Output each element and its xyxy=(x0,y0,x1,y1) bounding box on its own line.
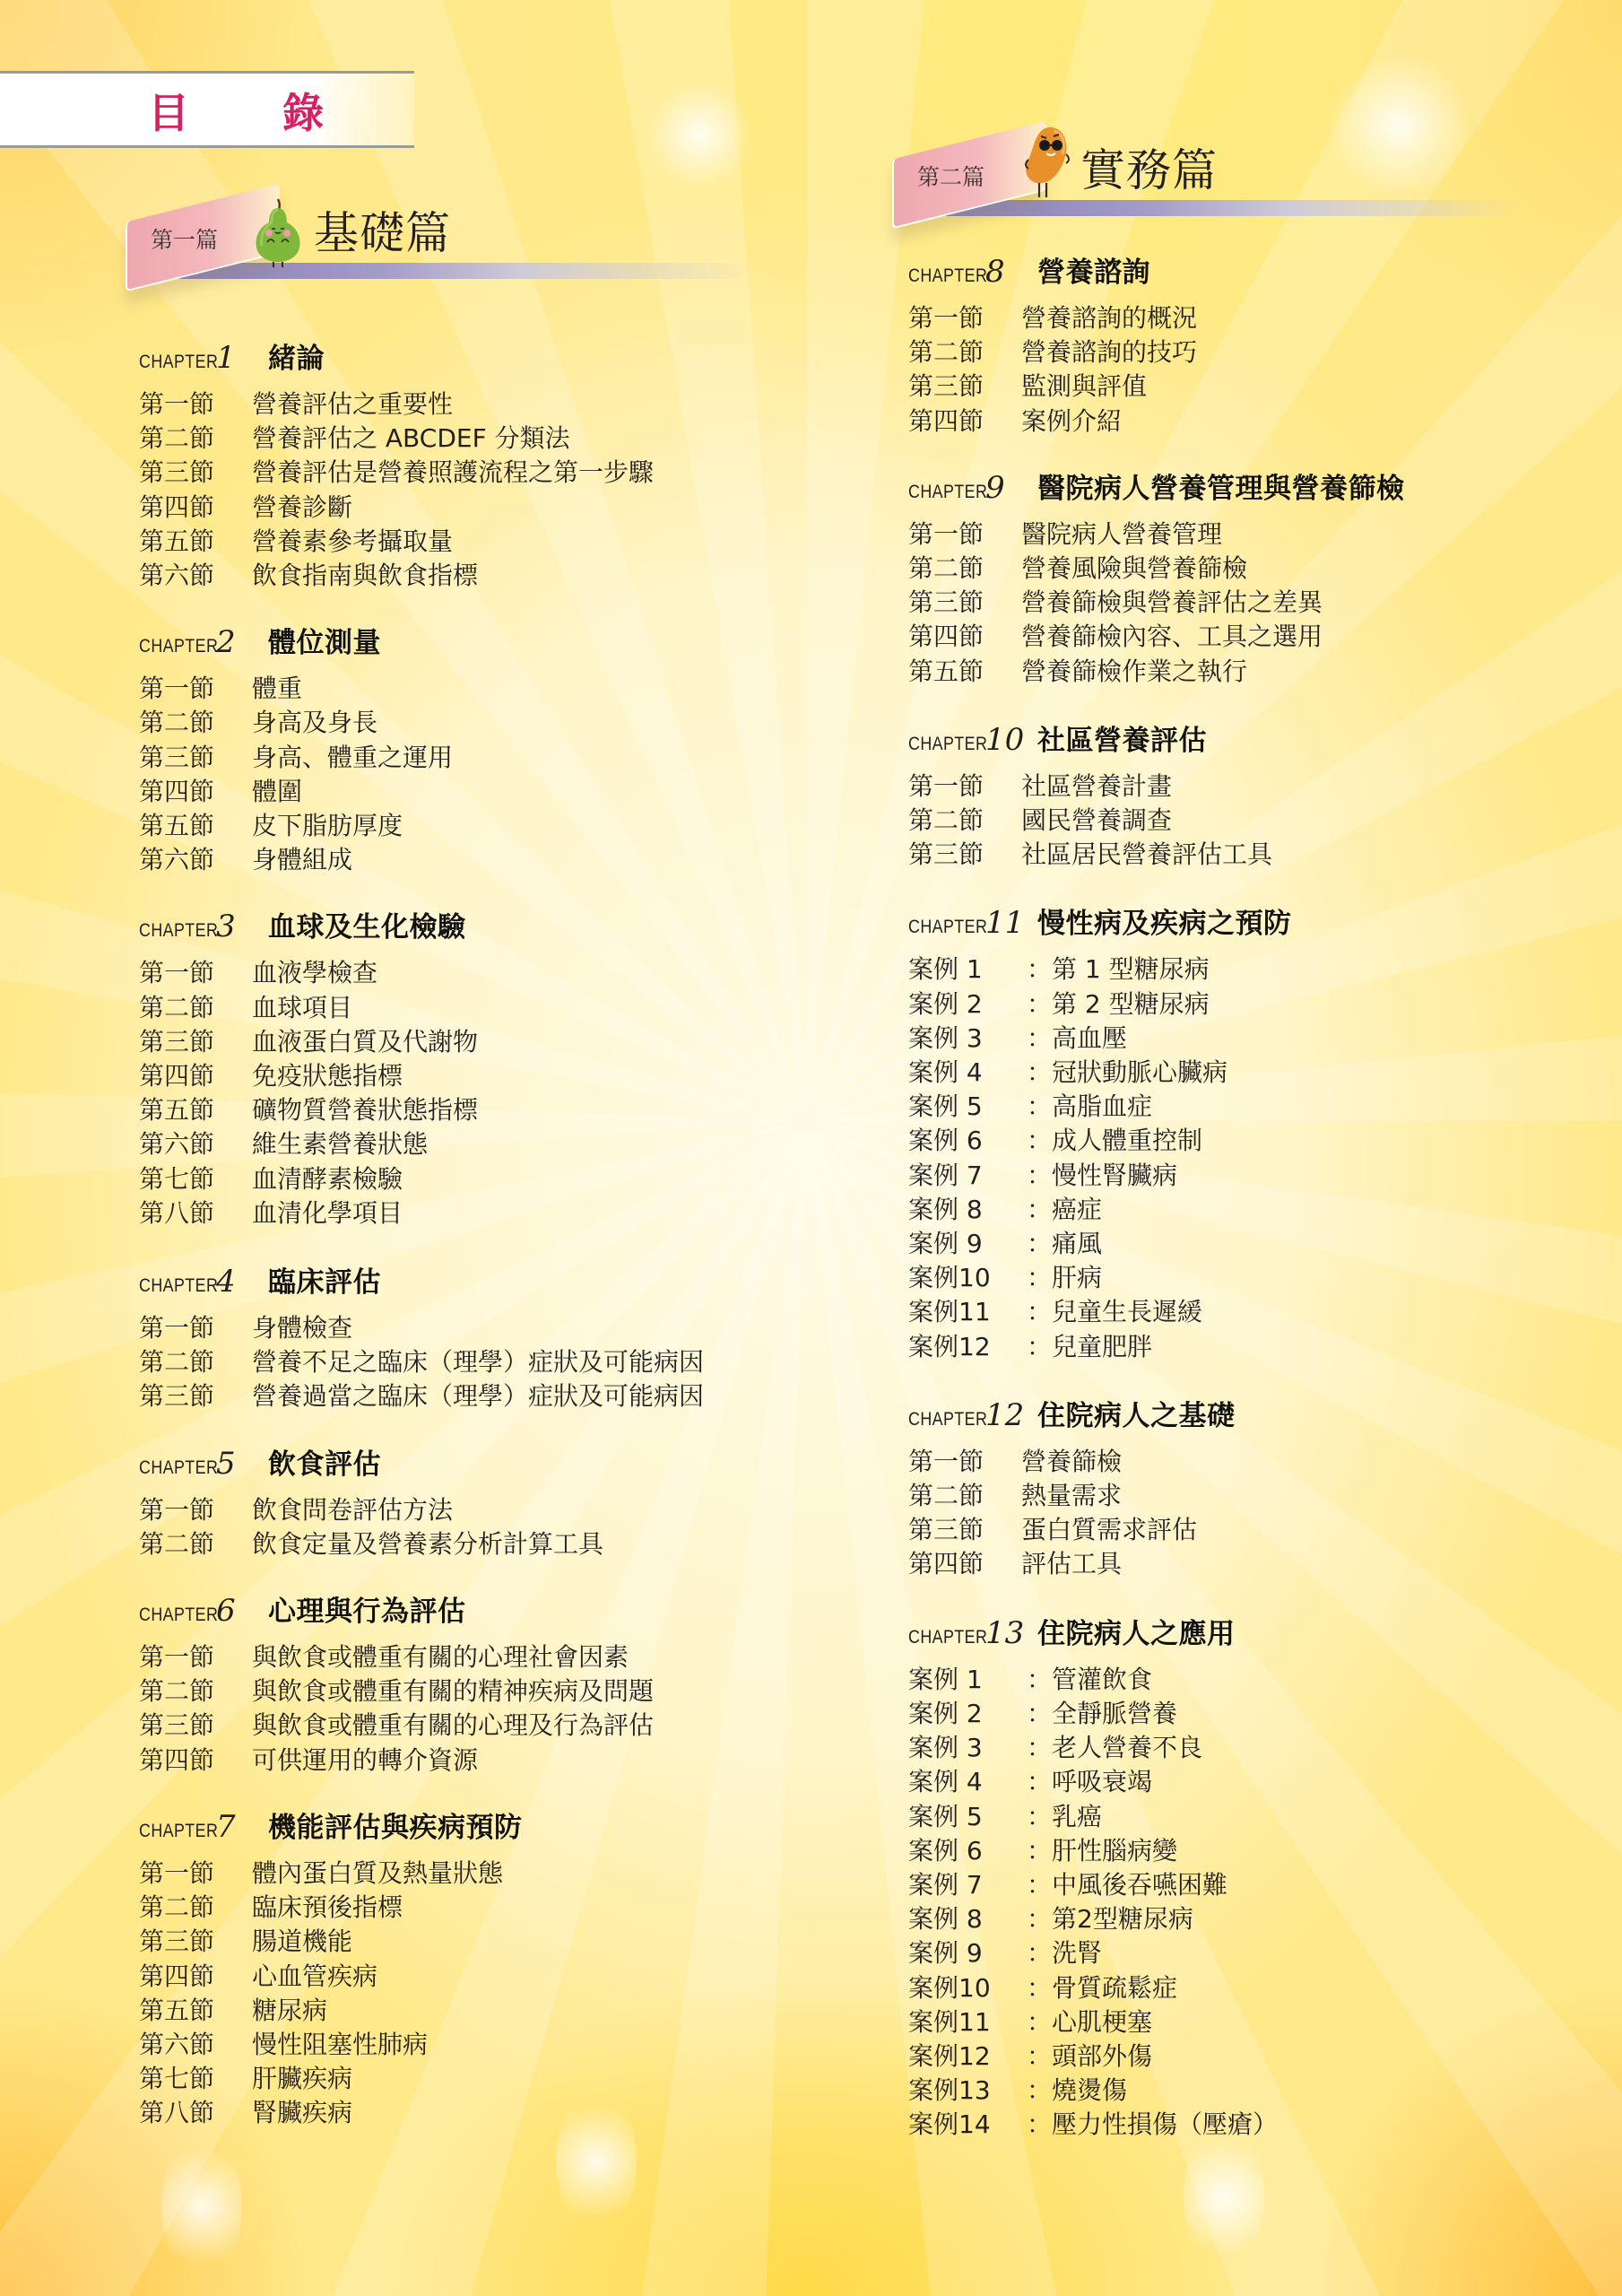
section-number: 案例11 xyxy=(908,2005,1027,2039)
section-title: 營養篩檢與營養評估之差異 xyxy=(1021,586,1323,620)
section-title: 營養評估是營養照護流程之第一步驟 xyxy=(252,456,654,490)
section-item[interactable]: 第二節 身高及身長 xyxy=(139,706,820,740)
section-number: 第一節 xyxy=(908,301,1021,335)
section-title: ：第 1 型糖尿病 xyxy=(1027,952,1210,987)
section-item[interactable]: 第四節 體圍 xyxy=(139,775,820,809)
chapter-heading[interactable]: CHAPTER 2 體位測量 xyxy=(139,620,820,661)
chapter-entry[interactable]: CHAPTER 12 住院病人之基礎 第一節 營養篩檢 第二節 熱量需求 第三節… xyxy=(908,1393,1590,1582)
section-item[interactable]: 第一節 飲食問卷評估方法 xyxy=(139,1493,820,1527)
background-glow xyxy=(1184,2126,1264,2269)
chapter-number: 12 xyxy=(985,1397,1037,1433)
chapter-entry[interactable]: CHAPTER 4 臨床評估 第一節 身體檢查 第二節 營養不足之臨床（理學）症… xyxy=(139,1259,820,1414)
section-title: 血清酵素檢驗 xyxy=(252,1162,403,1196)
section-list: 第一節 體重 第二節 身高及身長 第三節 身高、體重之運用 第四節 體圍 第五節… xyxy=(139,672,820,877)
chapter-title: 住院病人之基礎 xyxy=(1037,1393,1236,1433)
chapter-label: CHAPTER xyxy=(908,734,974,755)
section-item[interactable]: 第三節 社區居民營養評估工具 xyxy=(908,838,1590,872)
chapter-title: 住院病人之應用 xyxy=(1037,1611,1236,1651)
chapter-title: 緒論 xyxy=(268,335,325,376)
section-item[interactable]: 第七節 肝臟疾病 xyxy=(139,2062,820,2096)
chapter-label: CHAPTER xyxy=(139,636,204,657)
section-number: 第三節 xyxy=(908,1513,1021,1547)
section-item[interactable]: 第二節 飲食定量及營養素分析計算工具 xyxy=(139,1527,820,1561)
section-item[interactable]: 第六節 維生素營養狀態 xyxy=(139,1127,820,1161)
page-title: 目 錄 xyxy=(148,81,363,140)
section-number: 第四節 xyxy=(139,1960,252,1994)
section-number: 第一節 xyxy=(139,1640,252,1674)
section-item[interactable]: 案例 8 ：癌症 xyxy=(908,1193,1590,1227)
section-title: ：第2型糖尿病 xyxy=(1027,1902,1193,1936)
section-item[interactable]: 第一節 營養評估之重要性 xyxy=(139,387,820,422)
section-number: 第五節 xyxy=(139,809,252,843)
section-item[interactable]: 第四節 營養診斷 xyxy=(139,491,820,525)
section-item[interactable]: 第五節 礦物質營養狀態指標 xyxy=(139,1093,820,1127)
section-title: 血清化學項目 xyxy=(252,1196,403,1231)
section-item[interactable]: 案例 4 ：冠狀動脈心臟病 xyxy=(908,1056,1590,1090)
section-number: 第二節 xyxy=(908,1479,1021,1513)
section-number: 案例10 xyxy=(908,1261,1027,1295)
section-item[interactable]: 第三節 營養篩檢與營養評估之差異 xyxy=(908,586,1590,620)
chapter-label: CHAPTER xyxy=(139,1821,204,1842)
section-item[interactable]: 第六節 慢性阻塞性肺病 xyxy=(139,2028,820,2062)
section-item[interactable]: 案例11 ：兒童生長遲緩 xyxy=(908,1295,1590,1329)
section-title: ：肝性腦病變 xyxy=(1027,1834,1177,1868)
section-title: 熱量需求 xyxy=(1021,1479,1122,1513)
chapter-number: 2 xyxy=(216,624,268,660)
section-title: 身體檢查 xyxy=(252,1311,352,1345)
section-number: 第二節 xyxy=(908,335,1021,370)
section-title: ：呼吸衰竭 xyxy=(1027,1765,1152,1799)
section-title: 社區居民營養評估工具 xyxy=(1021,838,1272,872)
chapter-entry[interactable]: CHAPTER 1 緒論 第一節 營養評估之重要性 第二節 營養評估之 ABCD… xyxy=(139,335,820,593)
part-title: 基礎篇 xyxy=(314,197,451,262)
chapter-entry[interactable]: CHAPTER 8 營養諮詢 第一節 營養諮詢的概況 第二節 營養諮詢的技巧 第… xyxy=(908,249,1590,439)
section-number: 第一節 xyxy=(908,770,1021,804)
section-title: 維生素營養狀態 xyxy=(252,1127,428,1161)
chapter-title: 社區營養評估 xyxy=(1037,717,1207,758)
section-title: 與飲食或體重有關的心理及行為評估 xyxy=(252,1709,654,1743)
chapter-label: CHAPTER xyxy=(908,482,974,503)
chapter-heading[interactable]: CHAPTER 3 血球及生化檢驗 xyxy=(139,904,820,945)
section-title: 案例介紹 xyxy=(1021,404,1122,439)
section-list: 第一節 血液學檢查 第二節 血球項目 第三節 血液蛋白質及代謝物 第四節 免疫狀… xyxy=(139,956,820,1231)
section-title: ：高血壓 xyxy=(1027,1022,1127,1056)
section-number: 案例 6 xyxy=(908,1834,1027,1868)
section-item[interactable]: 第一節 營養篩檢 xyxy=(908,1445,1590,1479)
chapter-title: 營養諮詢 xyxy=(1037,249,1150,290)
section-item[interactable]: 第二節 國民營養調查 xyxy=(908,804,1590,838)
section-title: 社區營養計畫 xyxy=(1021,770,1172,804)
chapter-number: 5 xyxy=(216,1446,268,1482)
section-item[interactable]: 第四節 評估工具 xyxy=(908,1547,1590,1581)
chapter-label: CHAPTER xyxy=(139,1457,204,1479)
section-title: 營養不足之臨床（理學）症狀及可能病因 xyxy=(252,1345,704,1379)
section-number: 第二節 xyxy=(139,991,252,1025)
chapter-title: 心理與行為評估 xyxy=(268,1588,466,1629)
section-item[interactable]: 第五節 營養素參考攝取量 xyxy=(139,525,820,559)
section-number: 第二節 xyxy=(139,1674,252,1709)
chapter-entry[interactable]: CHAPTER 9 醫院病人營養管理與營養篩檢 第一節 醫院病人營養管理 第二節… xyxy=(908,465,1590,689)
section-number: 第三節 xyxy=(139,1925,252,1959)
section-title: 體重 xyxy=(252,672,302,706)
chapter-entry[interactable]: CHAPTER 10 社區營養評估 第一節 社區營養計畫 第二節 國民營養調查 … xyxy=(908,717,1590,873)
section-item[interactable]: 第一節 營養諮詢的概況 xyxy=(908,301,1590,335)
section-item[interactable]: 第三節 營養評估是營養照護流程之第一步驟 xyxy=(139,456,820,490)
section-item[interactable]: 案例11 ：心肌梗塞 xyxy=(908,2005,1590,2039)
chapter-number: 6 xyxy=(216,1593,268,1629)
section-item[interactable]: 第二節 營養諮詢的技巧 xyxy=(908,335,1590,370)
section-title: 身體組成 xyxy=(252,843,352,877)
section-title: 營養諮詢的概況 xyxy=(1021,301,1197,335)
section-title: 營養診斷 xyxy=(252,491,352,525)
section-number: 案例12 xyxy=(908,1330,1027,1364)
chapter-heading[interactable]: CHAPTER 8 營養諮詢 xyxy=(908,249,1590,291)
section-item[interactable]: 案例 1 ：第 1 型糖尿病 xyxy=(908,952,1590,987)
toc-left-column: CHAPTER 1 緒論 第一節 營養評估之重要性 第二節 營養評估之 ABCD… xyxy=(139,335,820,2131)
section-title: 肝臟疾病 xyxy=(252,2062,352,2096)
section-number: 第一節 xyxy=(908,1445,1021,1479)
section-number: 案例 5 xyxy=(908,1800,1027,1834)
section-number: 第二節 xyxy=(908,552,1021,586)
section-item[interactable]: 案例 5 ：高脂血症 xyxy=(908,1090,1590,1124)
section-item[interactable]: 第二節 臨床預後指標 xyxy=(139,1891,820,1925)
section-title: ：燒燙傷 xyxy=(1027,2074,1127,2108)
section-number: 案例 8 xyxy=(908,1902,1027,1936)
section-title: 免疫狀態指標 xyxy=(252,1059,403,1093)
chapter-heading[interactable]: CHAPTER 1 緒論 xyxy=(139,335,820,377)
section-number: 第一節 xyxy=(139,387,252,422)
part-header-1: 第一篇 基礎篇 xyxy=(126,179,753,314)
section-list: 第一節 營養評估之重要性 第二節 營養評估之 ABCDEF 分類法 第三節 營養… xyxy=(139,387,820,593)
section-number: 第三節 xyxy=(139,1025,252,1059)
section-number: 第二節 xyxy=(139,1527,252,1561)
section-number: 案例 1 xyxy=(908,1663,1027,1697)
section-number: 第五節 xyxy=(139,1093,252,1127)
section-number: 第四節 xyxy=(908,404,1021,439)
chapter-entry[interactable]: CHAPTER 7 機能評估與疾病預防 第一節 體內蛋白質及熱量狀態 第二節 臨… xyxy=(139,1805,820,2131)
section-item[interactable]: 第一節 血液學檢查 xyxy=(139,956,820,990)
section-number: 第六節 xyxy=(139,1127,252,1161)
chapter-title: 飲食評估 xyxy=(268,1441,381,1482)
section-number: 第三節 xyxy=(908,586,1021,620)
section-item[interactable]: 第六節 飲食指南與飲食指標 xyxy=(139,559,820,593)
section-number: 第三節 xyxy=(139,456,252,490)
chapter-title: 血球及生化檢驗 xyxy=(268,904,466,944)
section-title: 營養過當之臨床（理學）症狀及可能病因 xyxy=(252,1379,704,1413)
chapter-heading[interactable]: CHAPTER 7 機能評估與疾病預防 xyxy=(139,1805,820,1846)
section-list: 第一節 飲食問卷評估方法 第二節 飲食定量及營養素分析計算工具 xyxy=(139,1493,820,1561)
section-item[interactable]: 案例13 ：燒燙傷 xyxy=(908,2074,1590,2108)
pear-mascot-icon xyxy=(251,197,305,267)
chapter-number: 8 xyxy=(985,254,1037,290)
chapter-heading[interactable]: CHAPTER 9 醫院病人營養管理與營養篩檢 xyxy=(908,465,1590,507)
section-item[interactable]: 案例 8 ：第2型糖尿病 xyxy=(908,1902,1590,1936)
section-title: 監測與評值 xyxy=(1021,370,1147,404)
chapter-heading[interactable]: CHAPTER 13 住院病人之應用 xyxy=(908,1611,1590,1652)
section-item[interactable]: 第三節 蛋白質需求評估 xyxy=(908,1513,1590,1547)
section-item[interactable]: 案例 9 ：痛風 xyxy=(908,1227,1590,1261)
section-item[interactable]: 第二節 營養風險與營養篩檢 xyxy=(908,552,1590,586)
chapter-label: CHAPTER xyxy=(908,1627,974,1648)
section-title: 與飲食或體重有關的精神疾病及問題 xyxy=(252,1674,654,1709)
section-list: 第一節 營養諮詢的概況 第二節 營養諮詢的技巧 第三節 監測與評值 第四節 案例… xyxy=(908,301,1590,439)
section-item[interactable]: 案例 7 ：慢性腎臟病 xyxy=(908,1159,1590,1193)
section-number: 案例 3 xyxy=(908,1022,1027,1056)
section-list: 第一節 體內蛋白質及熱量狀態 第二節 臨床預後指標 第三節 腸道機能 第四節 心… xyxy=(139,1857,820,2131)
section-title: 皮下脂肪厚度 xyxy=(252,809,403,843)
section-title: 礦物質營養狀態指標 xyxy=(252,1093,478,1127)
section-number: 案例 9 xyxy=(908,1227,1027,1261)
section-title: 可供運用的轉介資源 xyxy=(252,1744,478,1778)
background-glow xyxy=(646,81,753,188)
section-item[interactable]: 第一節 體重 xyxy=(139,672,820,706)
section-number: 第二節 xyxy=(908,804,1021,838)
section-number: 案例11 xyxy=(908,1295,1027,1329)
section-number: 第八節 xyxy=(139,2096,252,2130)
section-item[interactable]: 第四節 案例介紹 xyxy=(908,404,1590,439)
section-title: 血球項目 xyxy=(252,991,352,1025)
section-number: 案例 6 xyxy=(908,1124,1027,1158)
section-item[interactable]: 第五節 營養篩檢作業之執行 xyxy=(908,655,1590,689)
section-list: 第一節 社區營養計畫 第二節 國民營養調查 第三節 社區居民營養評估工具 xyxy=(908,770,1590,873)
section-item[interactable]: 第七節 血清酵素檢驗 xyxy=(139,1162,820,1196)
section-number: 第七節 xyxy=(139,1162,252,1196)
section-title: 臨床預後指標 xyxy=(252,1891,403,1925)
section-item[interactable]: 案例 2 ：第 2 型糖尿病 xyxy=(908,987,1590,1022)
section-item[interactable]: 第四節 心血管疾病 xyxy=(139,1960,820,1994)
section-number: 第四節 xyxy=(139,1059,252,1093)
section-title: 營養篩檢作業之執行 xyxy=(1021,655,1247,689)
section-number: 第三節 xyxy=(139,1379,252,1413)
section-item[interactable]: 第二節 熱量需求 xyxy=(908,1479,1590,1513)
section-title: 飲食指南與飲食指標 xyxy=(252,559,478,593)
section-title: ：慢性腎臟病 xyxy=(1027,1159,1177,1193)
section-number: 案例13 xyxy=(908,2074,1027,2108)
section-item[interactable]: 第一節 身體檢查 xyxy=(139,1311,820,1345)
chapter-title: 慢性病及疾病之預防 xyxy=(1037,900,1292,941)
section-title: ：肝病 xyxy=(1027,1261,1102,1295)
section-title: 體圍 xyxy=(252,775,302,809)
section-title: ：心肌梗塞 xyxy=(1027,2005,1152,2039)
section-number: 案例12 xyxy=(908,2039,1027,2074)
section-title: 慢性阻塞性肺病 xyxy=(252,2028,428,2062)
section-number: 第一節 xyxy=(908,517,1021,552)
section-title: 營養評估之重要性 xyxy=(252,387,453,422)
section-title: 蛋白質需求評估 xyxy=(1021,1513,1197,1547)
chapter-label: CHAPTER xyxy=(908,917,974,938)
section-title: 體內蛋白質及熱量狀態 xyxy=(252,1857,503,1891)
section-item[interactable]: 案例 2 ：全靜脈營養 xyxy=(908,1697,1590,1731)
section-item[interactable]: 第四節 免疫狀態指標 xyxy=(139,1059,820,1093)
part-title: 實務篇 xyxy=(1080,135,1218,199)
section-item[interactable]: 第四節 營養篩檢內容、工具之選用 xyxy=(908,620,1590,654)
section-number: 案例 4 xyxy=(908,1056,1027,1090)
chapter-number: 11 xyxy=(985,905,1037,941)
chapter-heading[interactable]: CHAPTER 10 社區營養評估 xyxy=(908,717,1590,759)
chapter-entry[interactable]: CHAPTER 3 血球及生化檢驗 第一節 血液學檢查 第二節 血球項目 第三節… xyxy=(139,904,820,1231)
section-item[interactable]: 第三節 監測與評值 xyxy=(908,370,1590,404)
section-list: 第一節 與飲食或體重有關的心理社會因素 第二節 與飲食或體重有關的精神疾病及問題… xyxy=(139,1640,820,1778)
section-title: ：兒童肥胖 xyxy=(1027,1330,1152,1364)
section-title: ：中風後吞嚥困難 xyxy=(1027,1868,1227,1902)
section-number: 第一節 xyxy=(139,672,252,706)
section-list: 第一節 醫院病人營養管理 第二節 營養風險與營養篩檢 第三節 營養篩檢與營養評估… xyxy=(908,517,1590,689)
chapter-title: 機能評估與疾病預防 xyxy=(268,1805,523,1845)
section-item[interactable]: 第三節 身高、體重之運用 xyxy=(139,741,820,775)
section-title: ：冠狀動脈心臟病 xyxy=(1027,1056,1227,1090)
chapter-label: CHAPTER xyxy=(908,1409,974,1431)
chapter-heading[interactable]: CHAPTER 12 住院病人之基礎 xyxy=(908,1393,1590,1434)
section-item[interactable]: 案例12 ：頭部外傷 xyxy=(908,2039,1590,2074)
section-item[interactable]: 案例 3 ：老人營養不良 xyxy=(908,1731,1590,1765)
section-list: 案例 1 ：管灌飲食 案例 2 ：全靜脈營養 案例 3 ：老人營養不良 案例 4… xyxy=(908,1663,1590,2143)
section-title: ：全靜脈營養 xyxy=(1027,1697,1177,1731)
section-title: ：乳癌 xyxy=(1027,1800,1102,1834)
section-number: 案例 7 xyxy=(908,1868,1027,1902)
section-number: 第三節 xyxy=(139,741,252,775)
section-title: ：骨質疏鬆症 xyxy=(1027,1971,1177,2005)
section-item[interactable]: 第二節 血球項目 xyxy=(139,991,820,1025)
section-item[interactable]: 第八節 血清化學項目 xyxy=(139,1196,820,1231)
chapter-label: CHAPTER xyxy=(139,1275,204,1297)
section-number: 第三節 xyxy=(908,838,1021,872)
section-title: ：痛風 xyxy=(1027,1227,1102,1261)
section-item[interactable]: 案例 5 ：乳癌 xyxy=(908,1800,1590,1834)
section-item[interactable]: 第三節 血液蛋白質及代謝物 xyxy=(139,1025,820,1059)
section-item[interactable]: 第二節 營養不足之臨床（理學）症狀及可能病因 xyxy=(139,1345,820,1379)
section-number: 案例 4 xyxy=(908,1765,1027,1799)
section-number: 案例14 xyxy=(908,2108,1027,2142)
section-number: 第六節 xyxy=(139,559,252,593)
chapter-number: 3 xyxy=(216,909,268,944)
section-item[interactable]: 案例 4 ：呼吸衰竭 xyxy=(908,1765,1590,1799)
section-number: 第二節 xyxy=(139,422,252,456)
section-title: 營養評估之 ABCDEF 分類法 xyxy=(252,422,570,456)
section-item[interactable]: 第一節 社區營養計畫 xyxy=(908,770,1590,804)
section-item[interactable]: 案例 6 ：成人體重控制 xyxy=(908,1124,1590,1158)
chapter-label: CHAPTER xyxy=(139,352,204,373)
section-item[interactable]: 案例 9 ：洗腎 xyxy=(908,1936,1590,1970)
chapter-entry[interactable]: CHAPTER 11 慢性病及疾病之預防 案例 1 ：第 1 型糖尿病 案例 2… xyxy=(908,900,1590,1363)
section-number: 案例 2 xyxy=(908,1697,1027,1731)
section-list: 案例 1 ：第 1 型糖尿病 案例 2 ：第 2 型糖尿病 案例 3 ：高血壓 … xyxy=(908,952,1590,1363)
section-title: 血液蛋白質及代謝物 xyxy=(252,1025,478,1059)
section-number: 案例 1 xyxy=(908,952,1027,987)
section-item[interactable]: 第四節 可供運用的轉介資源 xyxy=(139,1744,820,1778)
section-title: ：管灌飲食 xyxy=(1027,1663,1152,1697)
section-title: ：成人體重控制 xyxy=(1027,1124,1202,1158)
section-item[interactable]: 第一節 醫院病人營養管理 xyxy=(908,517,1590,552)
section-title: 腸道機能 xyxy=(252,1925,352,1959)
section-item[interactable]: 第三節 營養過當之臨床（理學）症狀及可能病因 xyxy=(139,1379,820,1413)
part-label: 第一篇 xyxy=(151,222,218,255)
chapter-title: 臨床評估 xyxy=(268,1259,381,1300)
section-number: 第五節 xyxy=(139,1994,252,2028)
section-item[interactable]: 第三節 腸道機能 xyxy=(139,1925,820,1959)
section-item[interactable]: 第二節 營養評估之 ABCDEF 分類法 xyxy=(139,422,820,456)
section-item[interactable]: 第五節 皮下脂肪厚度 xyxy=(139,809,820,843)
section-title: 評估工具 xyxy=(1021,1547,1122,1581)
section-title: ：癌症 xyxy=(1027,1193,1102,1227)
section-number: 案例 2 xyxy=(908,987,1027,1022)
section-title: 營養諮詢的技巧 xyxy=(1021,335,1197,370)
section-title: 國民營養調查 xyxy=(1021,804,1172,838)
section-item[interactable]: 第二節 與飲食或體重有關的精神疾病及問題 xyxy=(139,1674,820,1709)
section-item[interactable]: 案例12 ：兒童肥胖 xyxy=(908,1330,1590,1364)
section-item[interactable]: 第五節 糖尿病 xyxy=(139,1994,820,2028)
part-underline-bar xyxy=(946,200,1520,216)
section-number: 第三節 xyxy=(908,370,1021,404)
section-item[interactable]: 第六節 身體組成 xyxy=(139,843,820,877)
section-title: 飲食定量及營養素分析計算工具 xyxy=(252,1527,603,1561)
section-title: ：洗腎 xyxy=(1027,1936,1102,1970)
chapter-number: 13 xyxy=(985,1615,1037,1651)
section-item[interactable]: 案例 3 ：高血壓 xyxy=(908,1022,1590,1056)
section-item[interactable]: 案例 6 ：肝性腦病變 xyxy=(908,1834,1590,1868)
section-title: ：第 2 型糖尿病 xyxy=(1027,987,1210,1022)
section-number: 案例 5 xyxy=(908,1090,1027,1124)
section-number: 第八節 xyxy=(139,1196,252,1231)
section-title: 糖尿病 xyxy=(252,1994,327,2028)
section-number: 第七節 xyxy=(139,2062,252,2096)
section-title: ：高脂血症 xyxy=(1027,1090,1152,1124)
section-title: 醫院病人營養管理 xyxy=(1021,517,1222,552)
section-item[interactable]: 案例 7 ：中風後吞嚥困難 xyxy=(908,1868,1590,1902)
section-title: 與飲食或體重有關的心理社會因素 xyxy=(252,1640,629,1674)
section-item[interactable]: 第一節 體內蛋白質及熱量狀態 xyxy=(139,1857,820,1891)
section-number: 第四節 xyxy=(139,1744,252,1778)
section-list: 第一節 營養篩檢 第二節 熱量需求 第三節 蛋白質需求評估 第四節 評估工具 xyxy=(908,1445,1590,1582)
section-title: 身高、體重之運用 xyxy=(252,741,453,775)
section-number: 案例 7 xyxy=(908,1159,1027,1193)
section-title: 營養篩檢內容、工具之選用 xyxy=(1021,620,1323,654)
chapter-number: 9 xyxy=(985,470,1037,506)
chapter-number: 7 xyxy=(216,1809,268,1845)
section-item[interactable]: 第八節 腎臟疾病 xyxy=(139,2096,820,2130)
section-item[interactable]: 案例14 ：壓力性損傷（壓瘡） xyxy=(908,2108,1590,2142)
section-item[interactable]: 第三節 與飲食或體重有關的心理及行為評估 xyxy=(139,1709,820,1743)
section-title: 腎臟疾病 xyxy=(252,2096,352,2130)
section-number: 第六節 xyxy=(139,2028,252,2062)
section-title: ：老人營養不良 xyxy=(1027,1731,1202,1765)
section-item[interactable]: 案例10 ：骨質疏鬆症 xyxy=(908,1971,1590,2005)
chapter-heading[interactable]: CHAPTER 5 飲食評估 xyxy=(139,1441,820,1483)
section-number: 第一節 xyxy=(139,1493,252,1527)
chapter-entry[interactable]: CHAPTER 5 飲食評估 第一節 飲食問卷評估方法 第二節 飲食定量及營養素… xyxy=(139,1441,820,1561)
section-number: 案例10 xyxy=(908,1971,1027,2005)
chapter-heading[interactable]: CHAPTER 11 慢性病及疾病之預防 xyxy=(908,900,1590,942)
chapter-title: 醫院病人營養管理與營養篩檢 xyxy=(1037,465,1405,506)
chapter-entry[interactable]: CHAPTER 6 心理與行為評估 第一節 與飲食或體重有關的心理社會因素 第二… xyxy=(139,1588,820,1778)
section-item[interactable]: 第一節 與飲食或體重有關的心理社會因素 xyxy=(139,1640,820,1674)
chapter-heading[interactable]: CHAPTER 6 心理與行為評估 xyxy=(139,1588,820,1630)
section-number: 第五節 xyxy=(908,655,1021,689)
chapter-entry[interactable]: CHAPTER 13 住院病人之應用 案例 1 ：管灌飲食 案例 2 ：全靜脈營… xyxy=(908,1611,1590,2143)
section-item[interactable]: 案例10 ：肝病 xyxy=(908,1261,1590,1295)
chapter-heading[interactable]: CHAPTER 4 臨床評估 xyxy=(139,1259,820,1300)
section-number: 第五節 xyxy=(139,525,252,559)
chapter-number: 4 xyxy=(216,1264,268,1300)
section-title: ：頭部外傷 xyxy=(1027,2039,1152,2074)
section-title: 營養風險與營養篩檢 xyxy=(1021,552,1247,586)
section-title: 營養素參考攝取量 xyxy=(252,525,453,559)
section-item[interactable]: 案例 1 ：管灌飲食 xyxy=(908,1663,1590,1697)
section-number: 第二節 xyxy=(139,706,252,740)
section-number: 第六節 xyxy=(139,843,252,877)
section-title: 血液學檢查 xyxy=(252,956,377,990)
chapter-entry[interactable]: CHAPTER 2 體位測量 第一節 體重 第二節 身高及身長 第三節 身高、體… xyxy=(139,620,820,877)
chapter-label: CHAPTER xyxy=(139,920,204,942)
